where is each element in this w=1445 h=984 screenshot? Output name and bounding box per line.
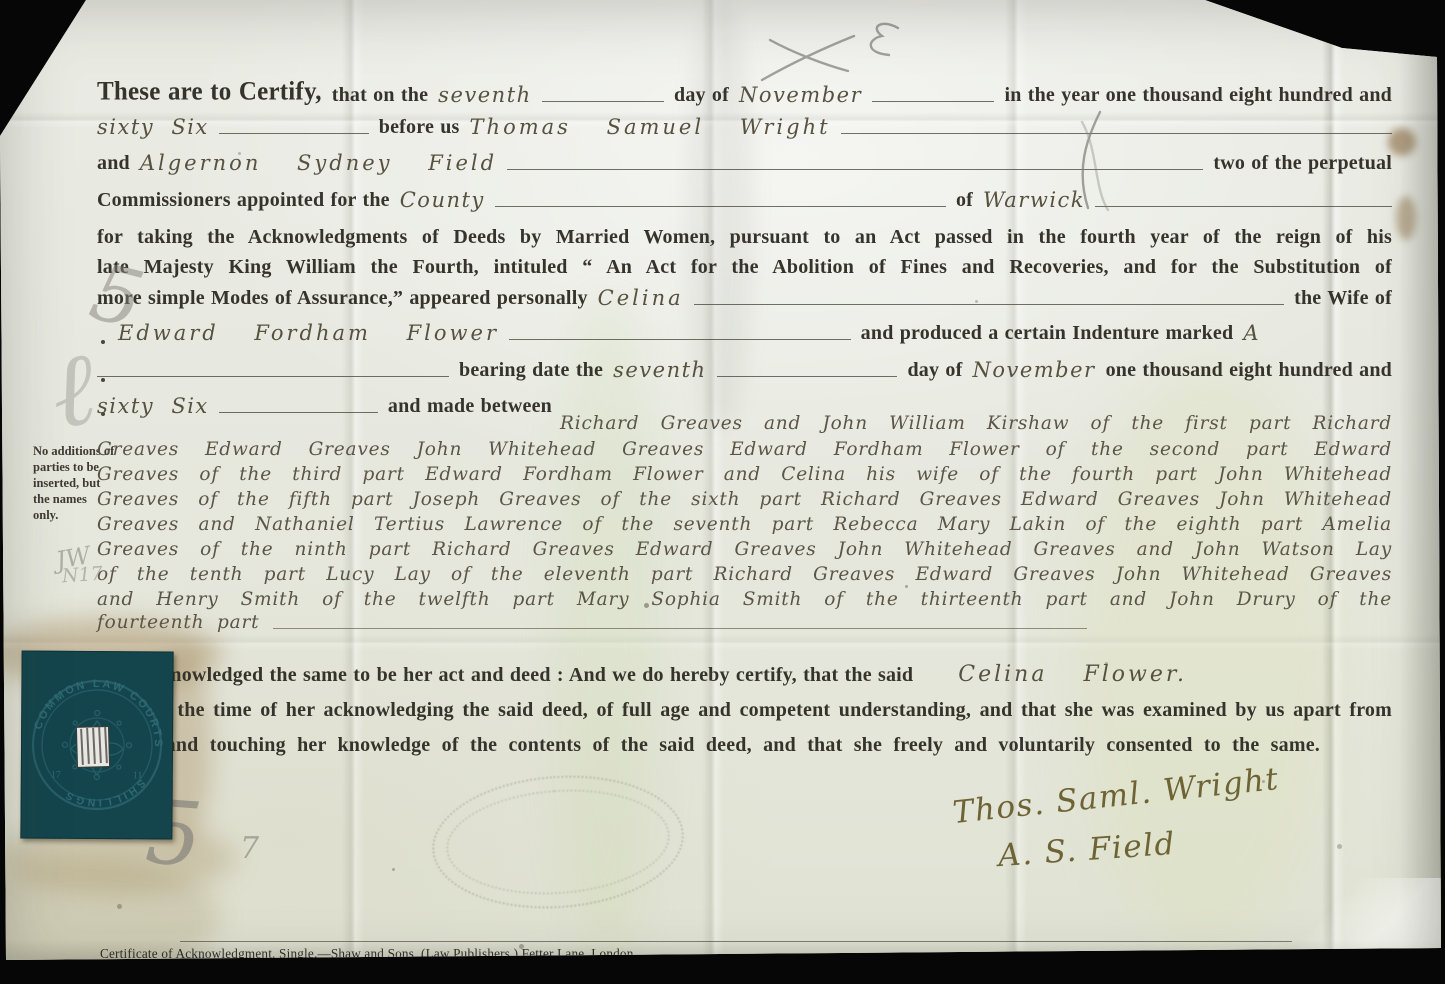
paper-edge-shadow [1399, 50, 1445, 964]
seal-foil-patch [76, 726, 110, 767]
seal-number-left: 17 [51, 770, 61, 781]
certify-line-4: Commissioners appointed for the County o… [97, 190, 1392, 211]
footer-imprint: Certificate of Acknowledgment, Single.—S… [100, 946, 637, 962]
parties-line: Greaves of the third part Edward Fordham… [97, 465, 1392, 485]
blank-line [1095, 204, 1392, 207]
blank-line [273, 626, 1087, 629]
certify-line-3: and Algernon Sydney Field two of the per… [97, 153, 1392, 174]
document-scan: These are to Certify, that on the sevent… [0, 0, 1445, 984]
handwritten-indenture-mark: A [1243, 323, 1260, 344]
printed-text: day of [907, 360, 962, 381]
parties-line: Richard Greaves and John William Kirshaw… [560, 414, 1392, 434]
handwritten-deed-year: sixty Six [97, 396, 209, 417]
footer-rule [180, 941, 1292, 942]
handwritten-county: Warwick [983, 190, 1085, 211]
printed-text: and produced a certain Indenture marked [861, 323, 1234, 344]
printed-text: the Wife of [1294, 288, 1392, 309]
printed-text: of [956, 190, 973, 211]
printed-text: more simple Modes of Assurance,” appeare… [97, 288, 588, 309]
embossed-oval-stamp-inner [443, 782, 674, 901]
handwritten-appearer: Celina [598, 288, 684, 309]
body-line-3: more simple Modes of Assurance,” appeare… [97, 288, 1392, 309]
printed-text: and made between [388, 396, 552, 417]
pencil-mark-number: 7 [240, 834, 259, 864]
parties-line: Greaves and Nathaniel Tertius Lawrence o… [97, 515, 1392, 535]
handwritten-day: seventh [438, 85, 532, 106]
printed-text: before us [379, 117, 460, 138]
ack-line-1: cknowledged the same to be her act and d… [150, 664, 1392, 686]
common-law-courts-seal: COMMON LAW COURTS SHILLINGS 17 11 [20, 650, 173, 839]
parties-line-last: fourteenth part [97, 613, 1087, 633]
body-line-1: for taking the Acknowledgments of Deeds … [97, 227, 1392, 248]
blank-line [97, 374, 449, 377]
blank-line [509, 337, 851, 340]
handwritten-year: sixty Six [97, 117, 209, 138]
margin-dot [101, 340, 105, 344]
handwritten-text: fourteenth part [97, 613, 259, 633]
certify-heading: These are to Certify, [97, 78, 322, 106]
printed-text: that on the [332, 85, 428, 106]
blank-line [495, 204, 946, 207]
handwritten-jurisdiction: County [400, 190, 485, 211]
corner-fold [1245, 878, 1441, 958]
parties-line: and Henry Smith of the twelfth part Mary… [97, 590, 1392, 610]
ack-line-3: usband touching her knowledge of the con… [135, 735, 1320, 756]
pencil-mark-number: N17 [61, 565, 103, 587]
blank-line [872, 99, 994, 102]
handwritten-deed-day: seventh [613, 360, 707, 381]
husband-line: Edward Fordham Flower and produced a cer… [118, 323, 1260, 344]
printed-text: two of the perpetual [1213, 153, 1392, 174]
blank-line [694, 302, 1284, 305]
printed-text: one thousand eight hundred and [1106, 360, 1392, 381]
handwritten-commissioner-2: Algernon Sydney Field [140, 153, 497, 174]
seal-graphic: COMMON LAW COURTS SHILLINGS 17 11 [20, 650, 173, 839]
certify-line-2: sixty Six before us Thomas Samuel Wright [97, 117, 1392, 138]
handwritten-deed-month: November [972, 360, 1095, 381]
blank-line [717, 374, 898, 377]
blank-line [507, 167, 1203, 170]
deed-date-line: bearing date the seventh day of November… [97, 360, 1392, 381]
blank-line [841, 131, 1392, 134]
blank-line [219, 410, 378, 413]
ack-line-2: t the time of her acknowledging the said… [162, 700, 1392, 721]
printed-text: bearing date the [459, 360, 603, 381]
handwritten-husband: Edward Fordham Flower [118, 323, 499, 344]
parties-line: Greaves of the fifth part Joseph Greaves… [97, 490, 1392, 510]
handwritten-month: November [739, 85, 862, 106]
blank-line [219, 131, 369, 134]
printed-text: and [97, 153, 130, 174]
printed-text: Commissioners appointed for the [97, 190, 390, 211]
parties-line: Greaves of the ninth part Richard Greave… [97, 540, 1392, 560]
blank-line [542, 99, 664, 102]
seal-number-right: 11 [133, 770, 143, 781]
pencil-mark-flourish: ℓ [45, 338, 101, 445]
made-between-line: sixty Six and made between [97, 396, 552, 417]
parties-line: Greaves Edward Greaves John Whitehead Gr… [97, 440, 1392, 460]
body-line-2: late Majesty King William the Fourth, in… [97, 257, 1392, 278]
handwritten-commissioner-1: Thomas Samuel Wright [470, 117, 831, 138]
paper: These are to Certify, that on the sevent… [0, 0, 1445, 984]
dust-specks [0, 0, 3, 3]
printed-text: cknowledged the same to be her act and d… [150, 665, 913, 686]
printed-text: in the year one thousand eight hundred a… [1004, 85, 1392, 106]
parties-line: of the tenth part Lucy Lay of the eleven… [97, 565, 1392, 585]
handwritten-ack-name: Celina Flower. [958, 664, 1187, 686]
printed-text: day of [674, 85, 729, 106]
certify-line-1: These are to Certify, that on the sevent… [97, 80, 1392, 106]
